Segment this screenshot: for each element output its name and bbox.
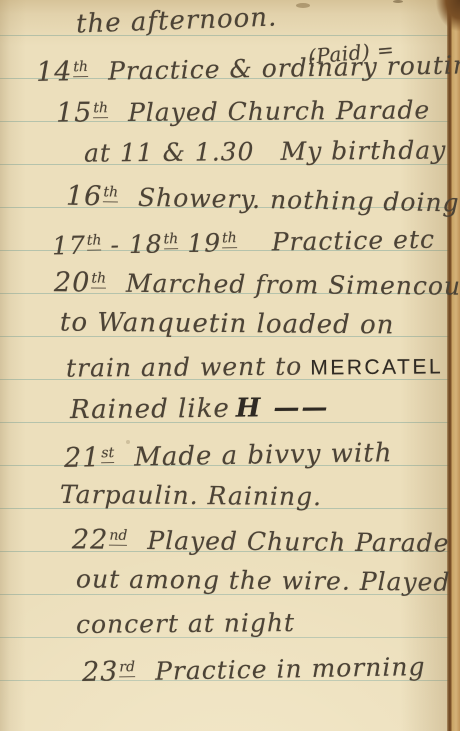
place-name: MERCATEL	[310, 355, 443, 379]
day-number: 18	[129, 229, 163, 259]
day-number: 14	[36, 56, 73, 88]
diary-line-text: out among the wire. Played	[76, 564, 451, 596]
day-ordinal: th	[91, 270, 106, 288]
entry-day: 20th	[54, 261, 106, 300]
day-number: 22	[72, 524, 109, 555]
day-number: 23	[82, 656, 119, 688]
diary-line-text: to Wanquetin loaded on	[60, 308, 395, 341]
day-ordinal: nd	[109, 528, 127, 546]
page-binding-edge	[447, 0, 460, 731]
day-ordinal: th	[73, 59, 88, 77]
day-ordinal: rd	[119, 659, 135, 677]
diary-entry: 20thMarched from Simencourt	[54, 261, 460, 304]
diary-entry: 17th - 18th 19th Practice etc	[52, 218, 436, 264]
diary-entry: 16thShowery. nothing doing	[66, 175, 460, 221]
entry-day: 16th	[66, 175, 119, 215]
entry-day: 15th	[56, 91, 108, 130]
diary-line-text: My birthday	[280, 135, 446, 165]
diary-line-text: Practice & ordinary routine	[108, 50, 460, 86]
diary-line-text: Played Church Parade	[128, 95, 430, 127]
diary-line: out among the wire. Played	[76, 562, 451, 599]
censored-word: H ——	[236, 393, 330, 424]
diary-line-text: Played Church Parade	[147, 526, 449, 558]
diary-line-text: Made a bivvy with	[134, 438, 393, 473]
diary-line-text: Tarpaulin. Raining.	[60, 480, 322, 511]
entry-day: 23rd	[82, 650, 136, 690]
day-ordinal: th	[163, 231, 178, 249]
diary-entry: 22ndPlayed Church Parade	[72, 518, 450, 560]
diary-entry: 14thPractice & ordinary routine	[36, 43, 460, 90]
notebook-page: the afternoon. (Paid) = 14thPractice & o…	[0, 0, 460, 731]
diary-line-text: the afternoon.	[76, 2, 278, 39]
diary-line: at 11 & 1.30My birthday	[84, 133, 447, 170]
diary-line: train and went toMERCATEL	[66, 348, 443, 387]
day-ordinal: th	[103, 184, 118, 202]
day-ordinal: th	[222, 230, 237, 248]
entry-day: 21st	[64, 436, 115, 476]
diary-line-text: Rained like	[70, 394, 230, 425]
day-number: 16	[66, 181, 103, 213]
day-separator: -	[110, 230, 120, 259]
diary-line: to Wanquetin loaded on	[60, 306, 395, 343]
day-number: 15	[56, 97, 93, 128]
diary-line: Tarpaulin. Raining.	[60, 478, 322, 514]
day-number: 17	[52, 231, 86, 261]
day-ordinal: th	[87, 232, 102, 250]
diary-line-text: concert at night	[76, 608, 295, 639]
binding-corner-shadow	[434, 0, 460, 34]
paper-speck	[296, 3, 310, 8]
diary-line-text: Practice in morning	[155, 652, 426, 686]
diary-line: the afternoon.	[75, 0, 277, 41]
diary-line: concert at night	[76, 606, 295, 642]
diary-line-text: Practice etc	[271, 225, 435, 257]
day-ordinal: th	[93, 100, 108, 118]
day-number: 19	[187, 228, 221, 258]
day-number: 20	[54, 267, 91, 298]
diary-entry: 21stMade a bivvy with	[64, 431, 393, 476]
paper-speck	[393, 0, 403, 3]
diary-line: Rained likeH ——	[70, 391, 330, 427]
entry-day: 22nd	[72, 518, 128, 557]
diary-line-text: train and went to	[66, 352, 303, 383]
diary-line-text: Marched from Simencourt	[126, 269, 460, 301]
day-number: 21	[64, 442, 101, 474]
diary-line-text: Showery. nothing doing	[138, 183, 460, 218]
diary-entry: 15thPlayed Church Parade	[56, 88, 431, 130]
diary-line-text: at 11 & 1.30	[84, 137, 255, 167]
diary-entry: 23rdPractice in morning	[82, 645, 426, 690]
day-ordinal: st	[101, 445, 114, 463]
entry-day: 14th	[36, 50, 89, 90]
